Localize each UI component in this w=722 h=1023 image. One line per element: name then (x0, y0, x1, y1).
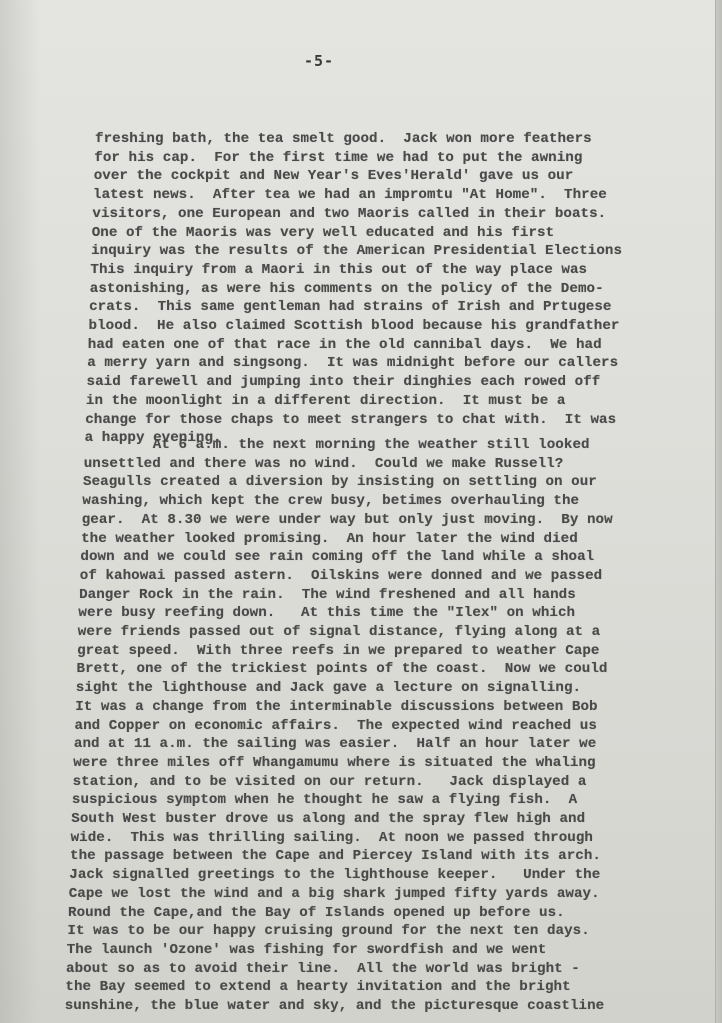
text-line: crats. This same gentleman had strains o… (89, 299, 611, 316)
text-line: in the moonlight in a different directio… (86, 393, 566, 410)
text-line: This inquiry from a Maori in this out of… (90, 262, 587, 279)
text-line: It was a change from the interminable di… (75, 699, 597, 716)
text-line: of kahowai passed astern. Oilskins were … (80, 568, 602, 585)
text-line: and Copper on economic affairs. The expe… (75, 718, 597, 735)
text-line: It was to be our happy cruising ground f… (67, 923, 589, 940)
text-line: sunshine, the blue water and sky, and th… (65, 998, 605, 1015)
text-line: South West buster drove us along and the… (71, 811, 585, 828)
typewritten-page: -5- freshing bath, the tea smelt good. J… (0, 0, 722, 1023)
text-line: the Bay seemed to extend a hearty invita… (65, 979, 570, 996)
text-line: Danger Rock in the rain. The wind freshe… (79, 587, 576, 604)
text-line: about so as to avoid their line. All the… (66, 961, 580, 978)
text-line: over the cockpit and New Year's Eves'Her… (94, 168, 574, 185)
text-line: sight the lighthouse and Jack gave a lec… (76, 680, 581, 697)
text-line: Jack signalled greetings to the lighthou… (69, 867, 600, 884)
text-line: said farewell and jumping into their din… (87, 374, 601, 391)
text-line: the weather looked promising. An hour la… (81, 531, 578, 548)
text-line: and at 11 a.m. the sailing was easier. H… (74, 736, 596, 753)
text-line: wide. This was thrilling sailing. At noo… (71, 830, 593, 847)
text-line: blood. He also claimed Scottish blood be… (89, 318, 620, 335)
text-line: inquiry was the results of the American … (91, 243, 622, 260)
text-line: gear. At 8.30 we were under way but only… (82, 512, 613, 529)
text-line: The launch 'Ozone' was fishing for sword… (67, 942, 547, 959)
text-line: washing, which kept the crew busy, betim… (82, 493, 579, 510)
text-line: station, and to be visited on our return… (73, 774, 587, 791)
text-line: latest news. After tea we had an impromt… (93, 187, 607, 204)
text-line: At 6 a.m. the next morning the weather s… (84, 437, 589, 454)
text-line: Cape we lost the wind and a big shark ju… (69, 886, 600, 903)
text-line: were three miles off Whangamumu where is… (73, 755, 595, 772)
text-line: down and we could see rain coming off th… (80, 549, 594, 566)
text-line: freshing bath, the tea smelt good. Jack … (95, 131, 592, 148)
text-line: for his cap. For the first time we had t… (94, 150, 582, 167)
text-line: Round the Cape,and the Bay of Islands op… (68, 905, 565, 922)
text-line: unsettled and there was no wind. Could w… (84, 456, 564, 473)
text-line: change for those chaps to meet strangers… (85, 412, 616, 429)
text-line: Seagulls created a diversion by insistin… (83, 474, 597, 491)
text-line: were busy reefing down. At this time the… (78, 605, 575, 622)
text-line: were friends passed out of signal distan… (78, 624, 600, 641)
text-line: One of the Maoris was very well educated… (92, 225, 554, 242)
body-text: freshing bath, the tea smelt good. Jack … (0, 0, 722, 1023)
text-line: a merry yarn and singsong. It was midnig… (87, 355, 618, 372)
text-line: visitors, one European and two Maoris ca… (92, 206, 606, 223)
text-line: suspicious symptom when he thought he sa… (72, 792, 577, 809)
text-line: the passage between the Cape and Piercey… (70, 848, 601, 865)
text-line: great speed. With three reefs in we prep… (77, 643, 599, 660)
text-line: astonishing, as were his comments on the… (90, 281, 604, 298)
text-line: had eaten one of that race in the old ca… (88, 337, 602, 354)
text-line: Brett, one of the trickiest points of th… (77, 661, 608, 678)
